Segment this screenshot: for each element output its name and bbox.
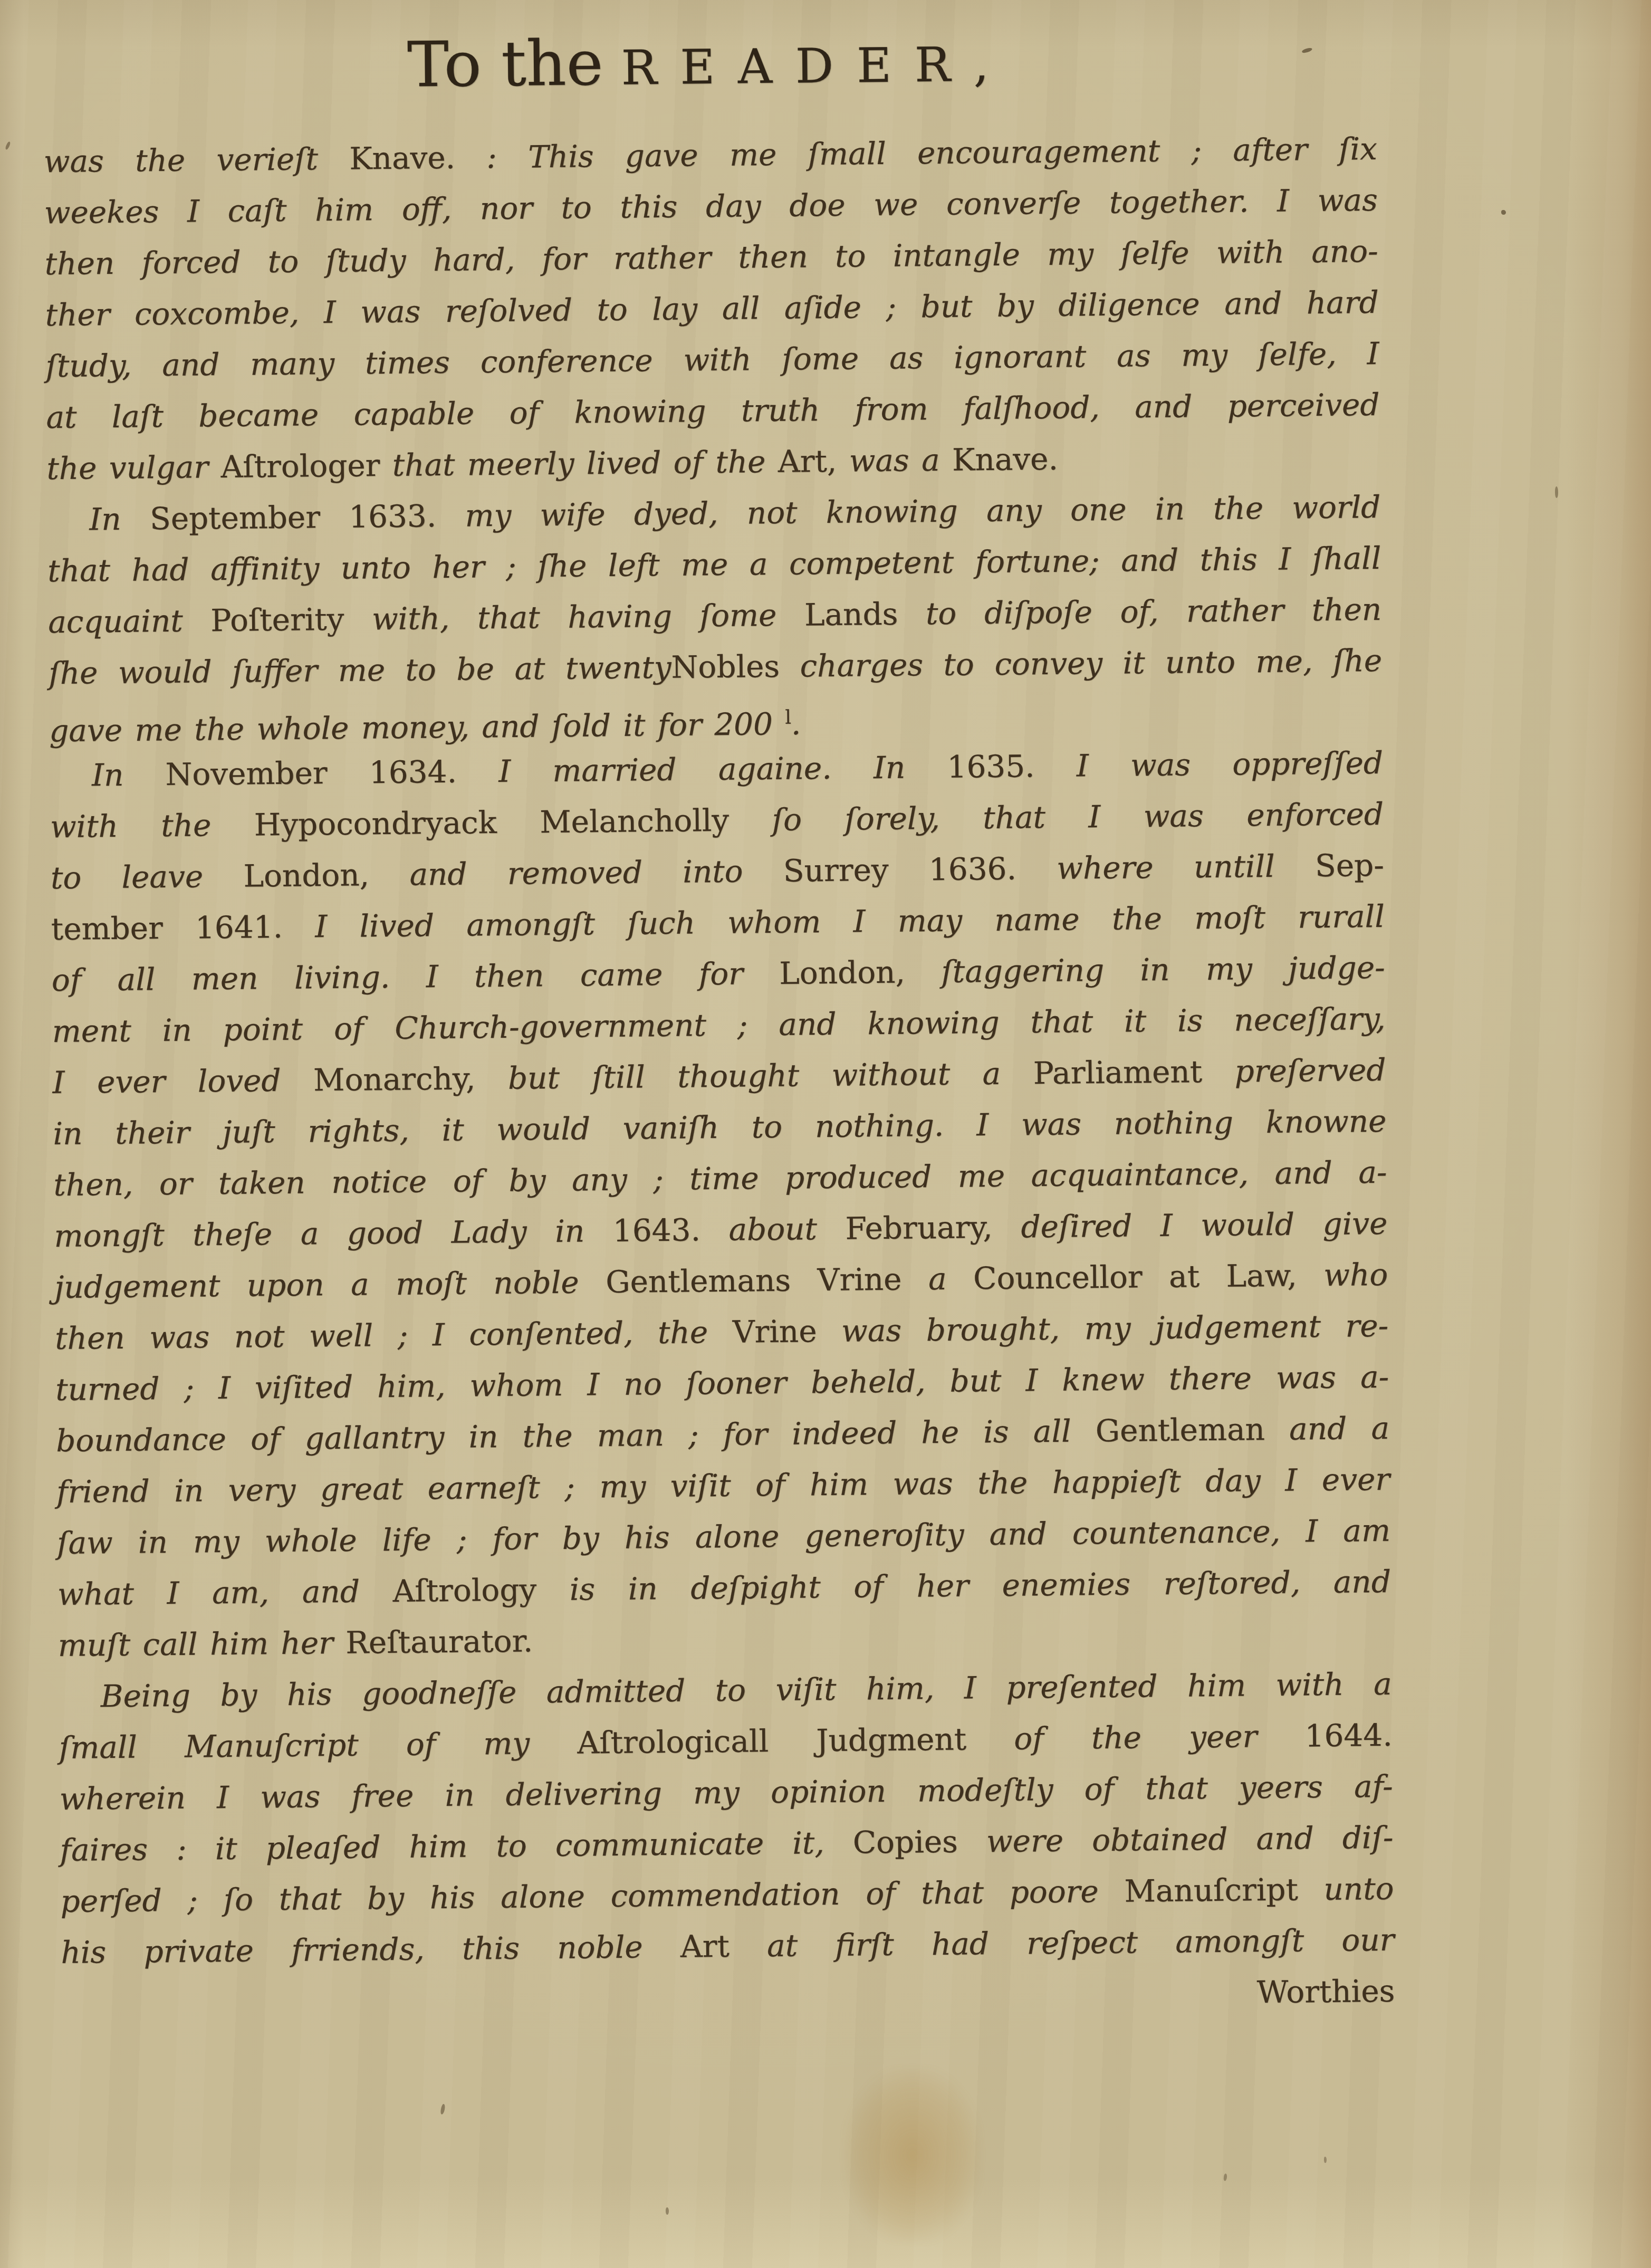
italic-text: where untill (1016, 848, 1316, 886)
italic-text: the vulgar (46, 449, 221, 486)
italic-text: friend in very great earneſt ; my viſit … (56, 1461, 1390, 1510)
roman-text: Gentlemans Vrine (606, 1261, 902, 1300)
italic-text: who (1297, 1257, 1388, 1294)
italic-text: is in deſpight of her enemies reſtored, … (536, 1564, 1391, 1608)
roman-text: 1635. (947, 748, 1035, 785)
italic-text: Being by his goodneſſe admitted to viſit… (101, 1666, 1393, 1714)
italic-text: his private frriends, this noble (61, 1929, 680, 1970)
ink-speck (440, 2103, 446, 2114)
roman-text: Monarchy, (313, 1060, 476, 1098)
text-block: To theREADER, was the verieſt Knave. : T… (42, 16, 1395, 2030)
italic-text: then forced to ſtudy hard, for rather th… (44, 233, 1378, 282)
italic-text: my wife dyed, not knowing any one in the… (436, 489, 1381, 534)
italic-text: ſmall Manuſcript of my (59, 1725, 577, 1766)
italic-text: I ever loved (52, 1062, 313, 1100)
roman-text: Reſtaurator. (345, 1623, 533, 1660)
italic-text: mongſt theſe a good Lady in (54, 1213, 613, 1254)
ink-speck (1501, 210, 1506, 215)
roman-text: Aſtrology (392, 1572, 536, 1609)
italic-text: a (901, 1260, 973, 1297)
italic-text: then, or taken notice of by any ; time p… (53, 1154, 1387, 1203)
roman-text: Copies (852, 1824, 958, 1861)
page-title-prefix: To the (407, 26, 604, 101)
roman-text: February, (845, 1209, 993, 1247)
roman-text: November 1634. (165, 754, 457, 792)
italic-text: unto (1298, 1871, 1394, 1908)
roman-text: London, (243, 857, 369, 894)
italic-text: then was not well ; I conſented, the (55, 1314, 733, 1356)
italic-text: wherein I was free in delivering my opin… (59, 1768, 1393, 1817)
ink-speck (1324, 2157, 1327, 2163)
italic-text: perſed ; ſo that by his alone commendati… (60, 1873, 1125, 1919)
roman-text: Nobles (671, 648, 780, 685)
italic-text: : This gave me ſmall encouragement ; aft… (455, 131, 1377, 176)
roman-text: Surrey 1636. (783, 851, 1017, 889)
italic-text: I lived amongſt ſuch whom I may name the… (283, 898, 1385, 945)
roman-text: Councellor at Law, (973, 1257, 1297, 1296)
roman-text: Art, (778, 443, 837, 480)
italic-text: turned ; I viſited him, whom I no ſooner… (55, 1359, 1389, 1408)
italic-text: boundance of gallantry in the man ; for … (56, 1413, 1096, 1459)
roman-text: Sep- (1315, 847, 1384, 884)
ink-speck (666, 2207, 669, 2215)
italic-text: judgement upon a moſt noble (54, 1264, 606, 1305)
ink-speck (5, 141, 11, 150)
scanned-book-page: To theREADER, was the verieſt Knave. : T… (0, 0, 1651, 2268)
roman-text: September 1633. (150, 498, 437, 537)
italic-text: ment in point of Church-government ; and… (52, 1001, 1386, 1049)
italic-text: gave me the whole money, and ſold it for… (49, 706, 785, 749)
roman-text: tember 1641. (51, 909, 283, 947)
italic-text: was brought, my judgement re- (817, 1308, 1388, 1349)
italic-text: I married againe. In (457, 749, 947, 790)
page-title-caps: READER, (621, 37, 1012, 96)
roman-text: 1644. (1304, 1717, 1393, 1754)
italic-text: muſt call him her (58, 1625, 346, 1663)
italic-text: charges to convey it unto me, ſhe (780, 643, 1383, 684)
roman-text: Vrine (732, 1313, 817, 1350)
italic-text: ſhe would ſuffer me to be at twenty (49, 649, 671, 691)
italic-text: of the yeer (966, 1718, 1305, 1757)
paper-stain (844, 2068, 981, 2242)
italic-text: that meerly lived of the (380, 444, 778, 483)
roman-text: Parliament (1033, 1054, 1202, 1091)
italic-text: preſerved (1202, 1052, 1386, 1089)
italic-text: faires : it pleaſed him to communicate i… (60, 1825, 853, 1868)
italic-text: of all men living. I then came for (51, 955, 779, 998)
italic-text: ther coxcombe, I was reſolved to lay all… (45, 284, 1379, 333)
roman-text: Art (680, 1928, 730, 1965)
italic-text: deſired I would give (993, 1205, 1388, 1245)
italic-text: at firſt had reſpect amongſt our (729, 1922, 1394, 1964)
italic-text: in their juſt rights, it would vaniſh to… (53, 1103, 1387, 1152)
italic-text: with, that having ſome (344, 597, 804, 637)
ink-speck (1223, 2174, 1227, 2181)
italic-text: weekes I caſt him off, nor to this day d… (44, 182, 1378, 231)
italic-text: what I am, and (57, 1573, 393, 1612)
italic-text: but ſtill thought without a (475, 1055, 1033, 1096)
roman-text: Aſtrologer (220, 447, 380, 485)
italic-text: at laſt became capable of knowing truth … (46, 387, 1380, 435)
roman-text: Gentleman (1095, 1411, 1265, 1449)
italic-text: ſo ſorely, that I was enforced (729, 796, 1384, 838)
page-title: To theREADER, (42, 16, 1376, 108)
roman-text: Hypocondryack Melancholly (254, 802, 729, 843)
italic-text: were obtained and diſ- (958, 1820, 1394, 1860)
italic-text: In (89, 501, 150, 537)
body-text: was the verieſt Knave. : This gave me ſm… (43, 123, 1394, 1978)
roman-text: Poſterity (210, 601, 344, 638)
roman-text: 1643. (613, 1212, 701, 1249)
italic-text: I was oppreſſed (1034, 745, 1383, 784)
italic-text: and a (1265, 1410, 1390, 1447)
roman-text: Manuſcript (1124, 1872, 1298, 1909)
italic-text: ſaw in my whole life ; for by his alone … (57, 1513, 1391, 1561)
italic-text: was the verieſt (44, 141, 350, 180)
roman-text: Knave. (349, 140, 455, 177)
italic-text: . (791, 706, 801, 742)
italic-text: was a (837, 442, 953, 479)
italic-text: to diſpoſe of, rather then (898, 591, 1381, 632)
roman-text: Lands (804, 596, 898, 633)
italic-text: In (92, 757, 166, 793)
roman-text: Aſtrologicall Judgment (577, 1721, 966, 1761)
italic-text: ſtudy, and many times conference with ſo… (45, 336, 1379, 384)
italic-text: and removed into (369, 853, 783, 893)
ink-speck (1555, 486, 1558, 498)
italic-text: with the (50, 807, 254, 845)
roman-text: Knave. (952, 441, 1058, 478)
roman-text: London, (779, 954, 905, 991)
italic-text: that had affinity unto her ; ſhe left me… (47, 540, 1381, 589)
italic-text: to leave (51, 858, 244, 896)
italic-text: about (700, 1211, 846, 1248)
superscript-text: l (785, 707, 791, 729)
italic-text: acquaint (48, 602, 211, 640)
italic-text: ſtaggering in my judge- (905, 950, 1385, 990)
